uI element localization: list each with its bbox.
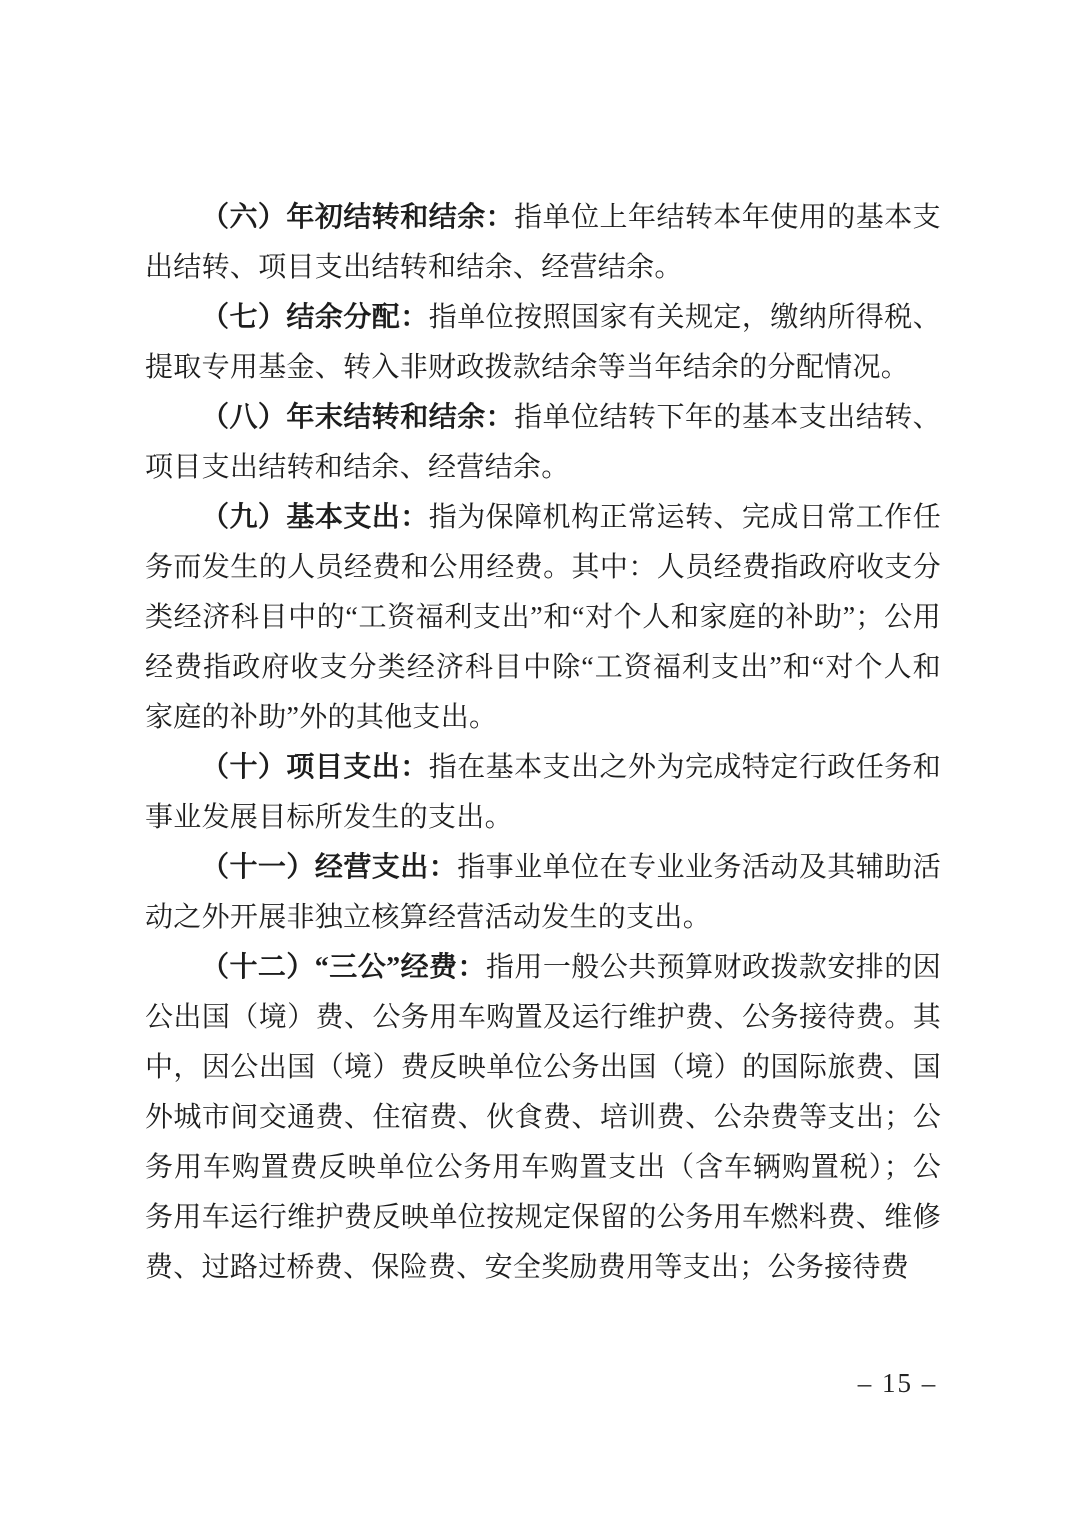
paragraph: （六）年初结转和结余：指单位上年结转本年使用的基本支出结转、项目支出结转和结余、…: [145, 193, 941, 293]
paragraph: （九）基本支出：指为保障机构正常运转、完成日常工作任务而发生的人员经费和公用经费…: [145, 493, 941, 743]
paragraph: （七）结余分配：指单位按照国家有关规定，缴纳所得税、提取专用基金、转入非财政拨款…: [145, 293, 941, 393]
document-page: （六）年初结转和结余：指单位上年结转本年使用的基本支出结转、项目支出结转和结余、…: [0, 0, 1074, 1520]
paragraph-body: 指为保障机构正常运转、完成日常工作任务而发生的人员经费和公用经费。其中：人员经费…: [145, 502, 941, 733]
paragraph-heading: （七）结余分配：: [201, 302, 429, 333]
paragraph-heading: （九）基本支出：: [201, 502, 429, 533]
paragraph: （八）年末结转和结余：指单位结转下年的基本支出结转、项目支出结转和结余、经营结余…: [145, 393, 941, 493]
paragraph-heading: （六）年初结转和结余：: [201, 202, 514, 233]
paragraph: （十二）“三公”经费：指用一般公共预算财政拨款安排的因公出国（境）费、公务用车购…: [145, 943, 941, 1293]
paragraph-heading: （十）项目支出：: [201, 752, 429, 783]
document-body: （六）年初结转和结余：指单位上年结转本年使用的基本支出结转、项目支出结转和结余、…: [145, 193, 941, 1293]
page-number: – 15 –: [850, 1366, 945, 1400]
paragraph: （十一）经营支出：指事业单位在专业业务活动及其辅助活动之外开展非独立核算经营活动…: [145, 843, 941, 943]
paragraph-heading: （八）年末结转和结余：: [201, 402, 514, 433]
paragraph-body: 指用一般公共预算财政拨款安排的因公出国（境）费、公务用车购置及运行维护费、公务接…: [145, 952, 941, 1283]
paragraph-heading: （十二）“三公”经费：: [201, 952, 486, 983]
paragraph-heading: （十一）经营支出：: [201, 852, 457, 883]
paragraph: （十）项目支出：指在基本支出之外为完成特定行政任务和事业发展目标所发生的支出。: [145, 743, 941, 843]
